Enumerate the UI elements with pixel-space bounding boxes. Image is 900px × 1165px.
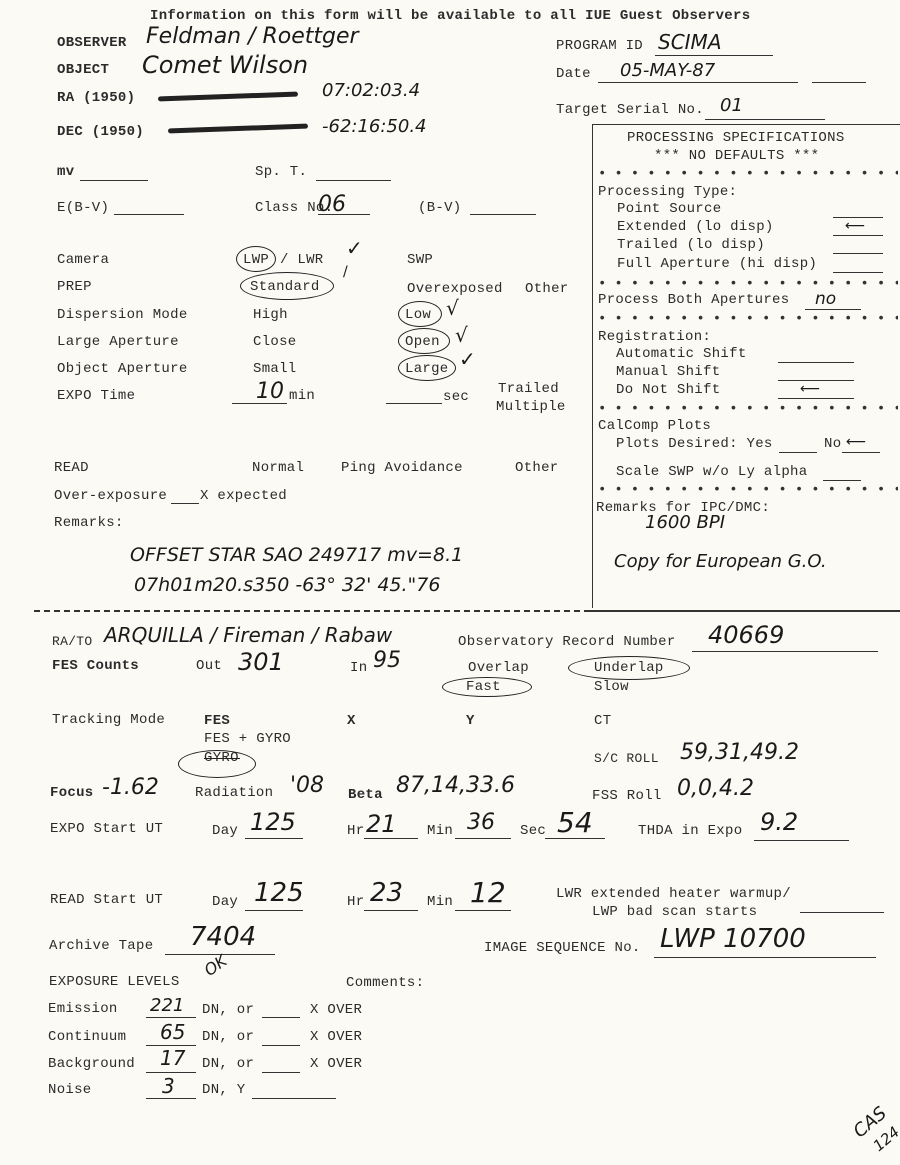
heater-field[interactable]	[800, 912, 884, 913]
fes-in-label: In	[350, 660, 367, 676]
emission-suffix: X OVER	[310, 1002, 362, 1018]
processing-type-trailed[interactable]: Trailed (lo disp)	[617, 237, 765, 253]
processing-type-extended[interactable]: Extended (lo disp)	[617, 219, 774, 235]
noise-y-field[interactable]	[252, 1098, 336, 1099]
radiation-label: Radiation	[195, 785, 273, 801]
noise-dn-field[interactable]: 3	[162, 1074, 175, 1098]
object-field[interactable]: Comet Wilson	[142, 51, 308, 79]
check-mark-icon: /	[343, 264, 348, 280]
processing-subtitle: *** NO DEFAULTS ***	[654, 148, 819, 164]
expo-hr-underline	[364, 838, 418, 839]
read-day-field[interactable]: 125	[254, 878, 304, 908]
expo-sec-underline	[545, 838, 605, 839]
check-mark-icon: √	[446, 296, 459, 320]
observer-field[interactable]: Feldman / Roettger	[146, 24, 359, 49]
check-mark-icon: √	[455, 323, 468, 347]
dotted-divider: ••••••••••••••••••••••	[598, 276, 898, 292]
processing-title: PROCESSING SPECIFICATIONS	[627, 130, 845, 146]
overlap-option[interactable]: Overlap	[468, 660, 529, 676]
read-min-label: Min	[427, 894, 453, 910]
expo-sec-label: Sec	[520, 823, 546, 839]
expo-time-sec-unit: sec	[443, 389, 469, 405]
scale-swp-field[interactable]	[823, 480, 861, 481]
focus-label: Focus	[50, 785, 94, 801]
archive-tape-label: Archive Tape	[49, 938, 153, 954]
expo-hr-field[interactable]: 21	[366, 810, 397, 838]
camera-option-swp[interactable]: SWP	[407, 252, 433, 268]
image-sequence-field[interactable]: LWP 10700	[660, 924, 806, 954]
check-mark-icon: ✓	[459, 347, 476, 371]
expo-start-label: EXPO Start UT	[50, 821, 163, 837]
object-aperture-label: Object Aperture	[57, 361, 188, 377]
processing-type-full-aperture[interactable]: Full Aperture (hi disp)	[617, 256, 817, 272]
read-label: READ	[54, 460, 89, 476]
date-label: Date	[556, 66, 591, 82]
dec-field[interactable]: -62:16:50.4	[322, 116, 427, 137]
record-number-underline	[692, 651, 878, 652]
background-label: Background	[48, 1056, 135, 1072]
tracking-x-label: X	[347, 713, 356, 729]
selection-circle	[398, 301, 442, 327]
multiple-option[interactable]: Multiple	[496, 399, 566, 415]
record-number-field[interactable]: 40669	[708, 621, 784, 649]
expo-min-label: Min	[427, 823, 453, 839]
dispersion-label: Dispersion Mode	[57, 307, 188, 323]
camera-option-lwr[interactable]: / LWR	[280, 252, 324, 268]
thda-label: THDA in Expo	[638, 823, 742, 839]
continuum-label: Continuum	[48, 1029, 126, 1045]
process-both-label: Process Both Apertures	[598, 292, 789, 308]
dotted-divider: ••••••••••••••••••••••	[598, 311, 898, 327]
noise-unit: DN, Y	[202, 1082, 246, 1098]
tracking-option-fes-gyro[interactable]: FES + GYRO	[204, 731, 291, 747]
processing-type-label: Processing Type:	[598, 184, 737, 200]
ra-label: RA (1950)	[57, 90, 135, 106]
emission-dn-underline	[146, 1017, 196, 1018]
redaction-mark	[158, 92, 298, 102]
section-divider-solid	[590, 610, 900, 612]
observer-label: OBSERVER	[57, 35, 127, 51]
redaction-mark	[168, 124, 308, 134]
beta-field[interactable]: 87,14,33.6	[396, 773, 515, 798]
remarks-line-1[interactable]: OFFSET STAR SAO 249717 mv=8.1	[130, 544, 463, 566]
registration-automatic-field[interactable]	[778, 362, 854, 363]
radiation-field[interactable]: '08	[290, 773, 324, 798]
selection-circle	[236, 246, 276, 272]
calcomp-label: CalComp Plots	[598, 418, 711, 434]
expo-time-min-field[interactable]: 10	[256, 379, 284, 404]
read-hr-label: Hr	[347, 894, 364, 910]
camera-label: Camera	[57, 252, 109, 268]
read-start-label: READ Start UT	[50, 892, 163, 908]
dec-label: DEC (1950)	[57, 124, 144, 140]
registration-do-not-shift-field[interactable]	[778, 398, 854, 399]
selection-circle	[568, 656, 690, 680]
large-aperture-label: Large Aperture	[57, 334, 179, 350]
remarks-label: Remarks:	[54, 515, 124, 531]
spt-label: Sp. T.	[255, 164, 307, 180]
background-dn-underline	[146, 1072, 196, 1073]
heater-label-2: LWP bad scan starts	[592, 904, 757, 920]
selection-circle	[178, 750, 256, 778]
plots-no-label: No	[824, 436, 841, 452]
fss-roll-label: FSS Roll	[592, 788, 662, 804]
focus-field[interactable]: -1.62	[102, 775, 159, 800]
tracking-y-label: Y	[466, 713, 475, 729]
expo-hr-label: Hr	[347, 823, 364, 839]
process-both-underline	[805, 309, 861, 310]
registration-do-not-shift[interactable]: Do Not Shift	[616, 382, 720, 398]
expo-day-label: Day	[212, 823, 238, 839]
emission-label: Emission	[48, 1001, 118, 1017]
overexposure-field[interactable]	[171, 503, 199, 504]
expo-time-sec-field[interactable]	[386, 403, 442, 404]
dotted-divider: ••••••••••••••••••••••	[598, 482, 898, 498]
program-id-underline	[655, 55, 773, 56]
object-aperture-option-small[interactable]: Small	[253, 361, 297, 377]
beta-label: Beta	[348, 787, 383, 803]
image-sequence-label: IMAGE SEQUENCE No.	[484, 940, 641, 956]
thda-underline	[754, 840, 849, 841]
read-hr-underline	[364, 910, 418, 911]
plots-yes-field[interactable]	[779, 452, 817, 453]
rato-label: RA/TO	[52, 634, 93, 649]
ebv-label: E(B-V)	[57, 200, 109, 216]
selection-circle	[240, 272, 334, 300]
check-mark-icon: ⟵	[846, 434, 866, 450]
fes-out-field[interactable]: 301	[238, 648, 284, 676]
read-hr-field[interactable]: 23	[370, 878, 403, 908]
mv-field[interactable]	[80, 180, 148, 181]
read-option-other[interactable]: Other	[515, 460, 559, 476]
continuum-suffix: X OVER	[310, 1029, 362, 1045]
serial-underline	[705, 119, 825, 120]
tracking-option-fes[interactable]: FES	[204, 713, 230, 729]
serial-field[interactable]: 01	[720, 95, 743, 116]
check-mark-icon: ⟵	[800, 381, 820, 397]
bv-label: (B-V)	[418, 200, 462, 216]
scale-swp-label: Scale SWP w/o Ly alpha	[616, 464, 807, 480]
sc-roll-field[interactable]: 59,31,49.2	[680, 740, 799, 765]
processing-type-point-source[interactable]: Point Source	[617, 201, 721, 217]
background-dn-field[interactable]: 17	[160, 1046, 185, 1070]
date-underline-extra	[812, 82, 866, 83]
rato-field[interactable]: ARQUILLA / Fireman / Rabaw	[104, 623, 392, 647]
object-label: OBJECT	[57, 62, 109, 78]
expo-time-min-underline	[232, 403, 287, 404]
read-min-field[interactable]: 12	[470, 876, 506, 909]
expo-time-label: EXPO Time	[57, 388, 135, 404]
check-mark-icon: ⟵	[845, 218, 865, 234]
overexposure-suffix: X expected	[200, 488, 287, 504]
selection-circle	[398, 355, 456, 381]
expo-min-underline	[455, 838, 511, 839]
mv-label: mv	[57, 164, 74, 180]
selection-circle	[398, 328, 450, 354]
background-over-field[interactable]	[262, 1072, 300, 1073]
archive-tape-field[interactable]: 7404	[190, 922, 256, 952]
form-notice: Information on this form will be availab…	[150, 8, 750, 24]
fes-counts-label: FES Counts	[52, 658, 139, 674]
date-field[interactable]: 05-MAY-87	[620, 60, 715, 81]
processing-type-extended-field[interactable]	[833, 235, 883, 236]
emission-over-field[interactable]	[262, 1017, 300, 1018]
background-suffix: X OVER	[310, 1056, 362, 1072]
read-day-label: Day	[212, 894, 238, 910]
expo-sec-field[interactable]: 54	[557, 806, 593, 839]
fes-in-field[interactable]: 95	[373, 648, 401, 673]
slow-option[interactable]: Slow	[594, 679, 629, 695]
background-unit: DN, or	[202, 1056, 254, 1072]
thda-field[interactable]: 9.2	[760, 808, 798, 836]
ebv-field[interactable]	[114, 214, 184, 215]
exposure-annotation: OK	[201, 951, 231, 980]
processing-type-trailed-field[interactable]	[833, 253, 883, 254]
ra-field[interactable]: 07:02:03.4	[322, 80, 420, 101]
heater-label-1: LWR extended heater warmup/	[556, 886, 791, 902]
read-day-underline	[245, 910, 303, 911]
fss-roll-field[interactable]: 0,0,4.2	[677, 776, 754, 801]
noise-label: Noise	[48, 1082, 92, 1098]
read-min-underline	[455, 910, 511, 911]
tracking-mode-label: Tracking Mode	[52, 712, 165, 728]
expo-time-min-unit: min	[289, 388, 315, 404]
continuum-unit: DN, or	[202, 1029, 254, 1045]
registration-manual[interactable]: Manual Shift	[616, 364, 720, 380]
processing-type-full-aperture-field[interactable]	[833, 272, 883, 273]
sc-roll-label: S/C ROLL	[594, 751, 659, 766]
ipc-remarks-line-2[interactable]: Copy for European G.O.	[614, 551, 827, 572]
read-option-normal[interactable]: Normal	[252, 460, 304, 476]
registration-label: Registration:	[598, 329, 711, 345]
emission-unit: DN, or	[202, 1002, 254, 1018]
noise-dn-underline	[146, 1098, 196, 1099]
remarks-line-2[interactable]: 07h01m20.s350 -63° 32' 45."76	[134, 574, 440, 596]
selection-circle	[442, 677, 532, 697]
record-number-label: Observatory Record Number	[458, 634, 676, 650]
prep-label: PREP	[57, 279, 92, 295]
bv-field[interactable]	[470, 214, 536, 215]
spt-field[interactable]	[316, 180, 391, 181]
processing-box-border	[592, 124, 593, 608]
expo-day-field[interactable]: 125	[250, 808, 296, 836]
prep-option-overexposed[interactable]: Overexposed	[407, 281, 503, 297]
serial-label: Target Serial No.	[556, 102, 704, 118]
program-id-field[interactable]: SCIMA	[658, 30, 722, 54]
expo-day-underline	[245, 838, 303, 839]
program-id-label: PROGRAM ID	[556, 38, 643, 54]
dotted-divider: ••••••••••••••••••••••	[598, 166, 898, 182]
read-option-ping-avoidance[interactable]: Ping Avoidance	[341, 460, 463, 476]
comments-label: Comments:	[346, 975, 424, 991]
ipc-remarks-line-1[interactable]: 1600 BPI	[645, 512, 725, 533]
image-sequence-underline	[654, 957, 876, 958]
section-divider-dashed	[34, 610, 590, 612]
plots-desired-label: Plots Desired: Yes	[616, 436, 773, 452]
tracking-ct-label: CT	[594, 713, 611, 729]
registration-automatic[interactable]: Automatic Shift	[616, 346, 747, 362]
plots-no-field[interactable]	[842, 452, 880, 453]
expo-min-field[interactable]: 36	[467, 810, 495, 835]
overexposure-label: Over-exposure	[54, 488, 167, 504]
large-aperture-option-close[interactable]: Close	[253, 334, 297, 350]
date-underline	[598, 82, 798, 83]
class-underline	[318, 214, 370, 215]
exposure-levels-title: EXPOSURE LEVELS	[49, 974, 180, 990]
trailed-option[interactable]: Trailed	[498, 381, 559, 397]
dispersion-option-high[interactable]: High	[253, 307, 288, 323]
fes-out-label: Out	[196, 658, 222, 674]
processing-box-top	[592, 124, 900, 125]
continuum-dn-field[interactable]: 65	[160, 1020, 185, 1044]
process-both-field[interactable]: no	[815, 289, 836, 309]
prep-option-other[interactable]: Other	[525, 281, 569, 297]
check-mark-icon: ✓	[346, 236, 363, 260]
dotted-divider: ••••••••••••••••••••••	[598, 401, 898, 417]
continuum-over-field[interactable]	[262, 1045, 300, 1046]
emission-dn-field[interactable]: 221	[150, 995, 184, 1016]
